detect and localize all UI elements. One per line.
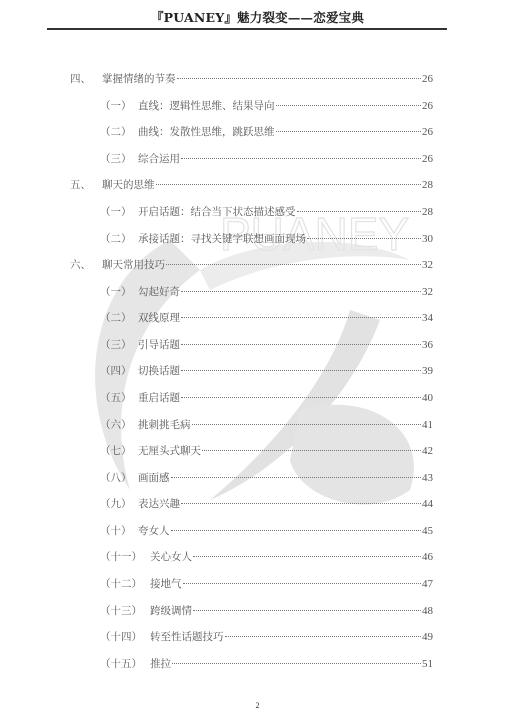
toc-entry-number: （九）	[100, 496, 138, 511]
dot-leader	[193, 610, 421, 611]
toc-entry-number: （十二）	[100, 576, 150, 591]
toc-entry-page: 47	[422, 578, 433, 590]
toc-entry-page: 41	[422, 419, 433, 431]
toc-entry-number: （一）	[100, 284, 138, 299]
toc-subsection-entry[interactable]: （十）夸女人45	[100, 523, 433, 537]
dot-leader	[276, 105, 422, 106]
toc-entry-page: 46	[422, 551, 433, 563]
toc-entry-title: 聊天常用技巧	[102, 257, 165, 272]
toc-entry-title: 跨级调情	[150, 603, 192, 618]
toc-subsection-entry[interactable]: （三）综合运用26	[100, 151, 433, 165]
toc-entry-page: 42	[422, 445, 433, 457]
toc-entry-title: 勾起好奇	[138, 284, 180, 299]
toc-entry-number: （二）	[100, 124, 138, 139]
toc-entry-number: （十三）	[100, 603, 150, 618]
page-number: 2	[0, 701, 515, 710]
toc-entry-page: 51	[422, 658, 433, 670]
toc-entry-title: 表达兴趣	[138, 496, 180, 511]
toc-subsection-entry[interactable]: （十一）关心女人46	[100, 549, 433, 563]
toc-section-entry[interactable]: 四、掌握情绪的节奏26	[70, 71, 433, 85]
toc-entry-page: 40	[422, 392, 433, 404]
toc-entry-title: 推拉	[150, 656, 171, 671]
toc-subsection-entry[interactable]: （二）承接话题：寻找关键字联想画面现场30	[100, 231, 433, 245]
toc-entry-number: （二）	[100, 231, 138, 246]
toc-entry-title: 挑刺挑毛病	[138, 417, 191, 432]
toc-entry-page: 34	[422, 312, 433, 324]
dot-leader	[181, 291, 421, 292]
toc-subsection-entry[interactable]: （十五）推拉51	[100, 656, 433, 670]
dot-leader	[177, 78, 422, 79]
toc-subsection-entry[interactable]: （四）切换话题39	[100, 363, 433, 377]
toc-entry-title: 切换话题	[138, 363, 180, 378]
toc-entry-page: 26	[422, 126, 433, 138]
toc-entry-page: 32	[422, 259, 433, 271]
toc-entry-number: （一）	[100, 98, 138, 113]
toc-subsection-entry[interactable]: （二）曲线：发散性思维，跳跃思维26	[100, 124, 433, 138]
dot-leader	[181, 158, 421, 159]
dot-leader	[183, 583, 422, 584]
toc-entry-title: 双线原理	[138, 310, 180, 325]
toc-entry-title: 转至性话题技巧	[150, 629, 224, 644]
toc-entry-number: 五、	[70, 177, 102, 192]
toc-entry-page: 26	[422, 73, 433, 85]
toc-entry-number: （八）	[100, 470, 138, 485]
toc-subsection-entry[interactable]: （七）无厘头式聊天42	[100, 443, 433, 457]
toc-entry-number: （四）	[100, 363, 138, 378]
toc-entry-title: 画面感	[138, 470, 170, 485]
toc-entry-page: 26	[422, 100, 433, 112]
toc-subsection-entry[interactable]: （五）重启话题40	[100, 390, 433, 404]
dot-leader	[181, 370, 421, 371]
toc-entry-title: 接地气	[150, 576, 182, 591]
toc-subsection-entry[interactable]: （十三）跨级调情48	[100, 603, 433, 617]
dot-leader	[181, 344, 421, 345]
toc-entry-number: （一）	[100, 204, 138, 219]
toc-entry-page: 44	[422, 498, 433, 510]
toc-entry-number: 四、	[70, 71, 102, 86]
dot-leader	[297, 211, 422, 212]
toc-section-entry[interactable]: 五、聊天的思维28	[70, 177, 433, 191]
toc-section-entry[interactable]: 六、聊天常用技巧32	[70, 257, 433, 271]
toc-entry-title: 掌握情绪的节奏	[102, 71, 176, 86]
toc-subsection-entry[interactable]: （六）挑刺挑毛病41	[100, 417, 433, 431]
toc-subsection-entry[interactable]: （一）勾起好奇32	[100, 284, 433, 298]
dot-leader	[181, 503, 421, 504]
table-of-contents: 四、掌握情绪的节奏26（一）直线：逻辑性思维、结果导向26（二）曲线：发散性思维…	[0, 0, 515, 712]
dot-leader	[171, 530, 422, 531]
toc-entry-number: （二）	[100, 310, 138, 325]
dot-leader	[171, 477, 422, 478]
toc-entry-title: 直线：逻辑性思维、结果导向	[138, 98, 275, 113]
toc-entry-title: 承接话题：寻找关键字联想画面现场	[138, 231, 306, 246]
dot-leader	[276, 131, 422, 132]
toc-subsection-entry[interactable]: （十四）转至性话题技巧49	[100, 629, 433, 643]
toc-subsection-entry[interactable]: （一）开启话题：结合当下状态描述感受28	[100, 204, 433, 218]
toc-entry-number: （十五）	[100, 656, 150, 671]
toc-entry-page: 30	[422, 233, 433, 245]
toc-entry-page: 36	[422, 339, 433, 351]
toc-entry-number: 六、	[70, 257, 102, 272]
dot-leader	[193, 556, 421, 557]
toc-subsection-entry[interactable]: （十二）接地气47	[100, 576, 433, 590]
toc-entry-title: 开启话题：结合当下状态描述感受	[138, 204, 296, 219]
toc-entry-title: 综合运用	[138, 151, 180, 166]
dot-leader	[225, 636, 422, 637]
dot-leader	[307, 238, 421, 239]
toc-entry-title: 引导话题	[138, 337, 180, 352]
toc-entry-page: 49	[422, 631, 433, 643]
dot-leader	[166, 264, 421, 265]
dot-leader	[202, 450, 421, 451]
toc-entry-page: 45	[422, 525, 433, 537]
toc-entry-page: 26	[422, 153, 433, 165]
toc-entry-title: 重启话题	[138, 390, 180, 405]
toc-entry-page: 32	[422, 286, 433, 298]
toc-subsection-entry[interactable]: （三）引导话题36	[100, 337, 433, 351]
toc-entry-page: 28	[422, 179, 433, 191]
toc-entry-page: 39	[422, 365, 433, 377]
toc-entry-number: （三）	[100, 337, 138, 352]
toc-entry-title: 曲线：发散性思维，跳跃思维	[138, 124, 275, 139]
toc-entry-title: 关心女人	[150, 549, 192, 564]
toc-entry-page: 28	[422, 206, 433, 218]
toc-entry-number: （三）	[100, 151, 138, 166]
toc-entry-page: 43	[422, 472, 433, 484]
toc-subsection-entry[interactable]: （二）双线原理34	[100, 310, 433, 324]
toc-entry-title: 无厘头式聊天	[138, 443, 201, 458]
dot-leader	[181, 397, 421, 398]
toc-subsection-entry[interactable]: （八）画面感43	[100, 470, 433, 484]
toc-subsection-entry[interactable]: （一）直线：逻辑性思维、结果导向26	[100, 98, 433, 112]
dot-leader	[181, 317, 421, 318]
toc-entry-number: （十一）	[100, 549, 150, 564]
dot-leader	[156, 184, 422, 185]
dot-leader	[172, 663, 421, 664]
toc-entry-number: （六）	[100, 417, 138, 432]
toc-entry-number: （十四）	[100, 629, 150, 644]
toc-entry-number: （十）	[100, 523, 138, 538]
toc-entry-number: （七）	[100, 443, 138, 458]
dot-leader	[192, 424, 422, 425]
toc-entry-page: 48	[422, 605, 433, 617]
toc-entry-title: 聊天的思维	[102, 177, 155, 192]
toc-subsection-entry[interactable]: （九）表达兴趣44	[100, 496, 433, 510]
toc-entry-number: （五）	[100, 390, 138, 405]
toc-entry-title: 夸女人	[138, 523, 170, 538]
